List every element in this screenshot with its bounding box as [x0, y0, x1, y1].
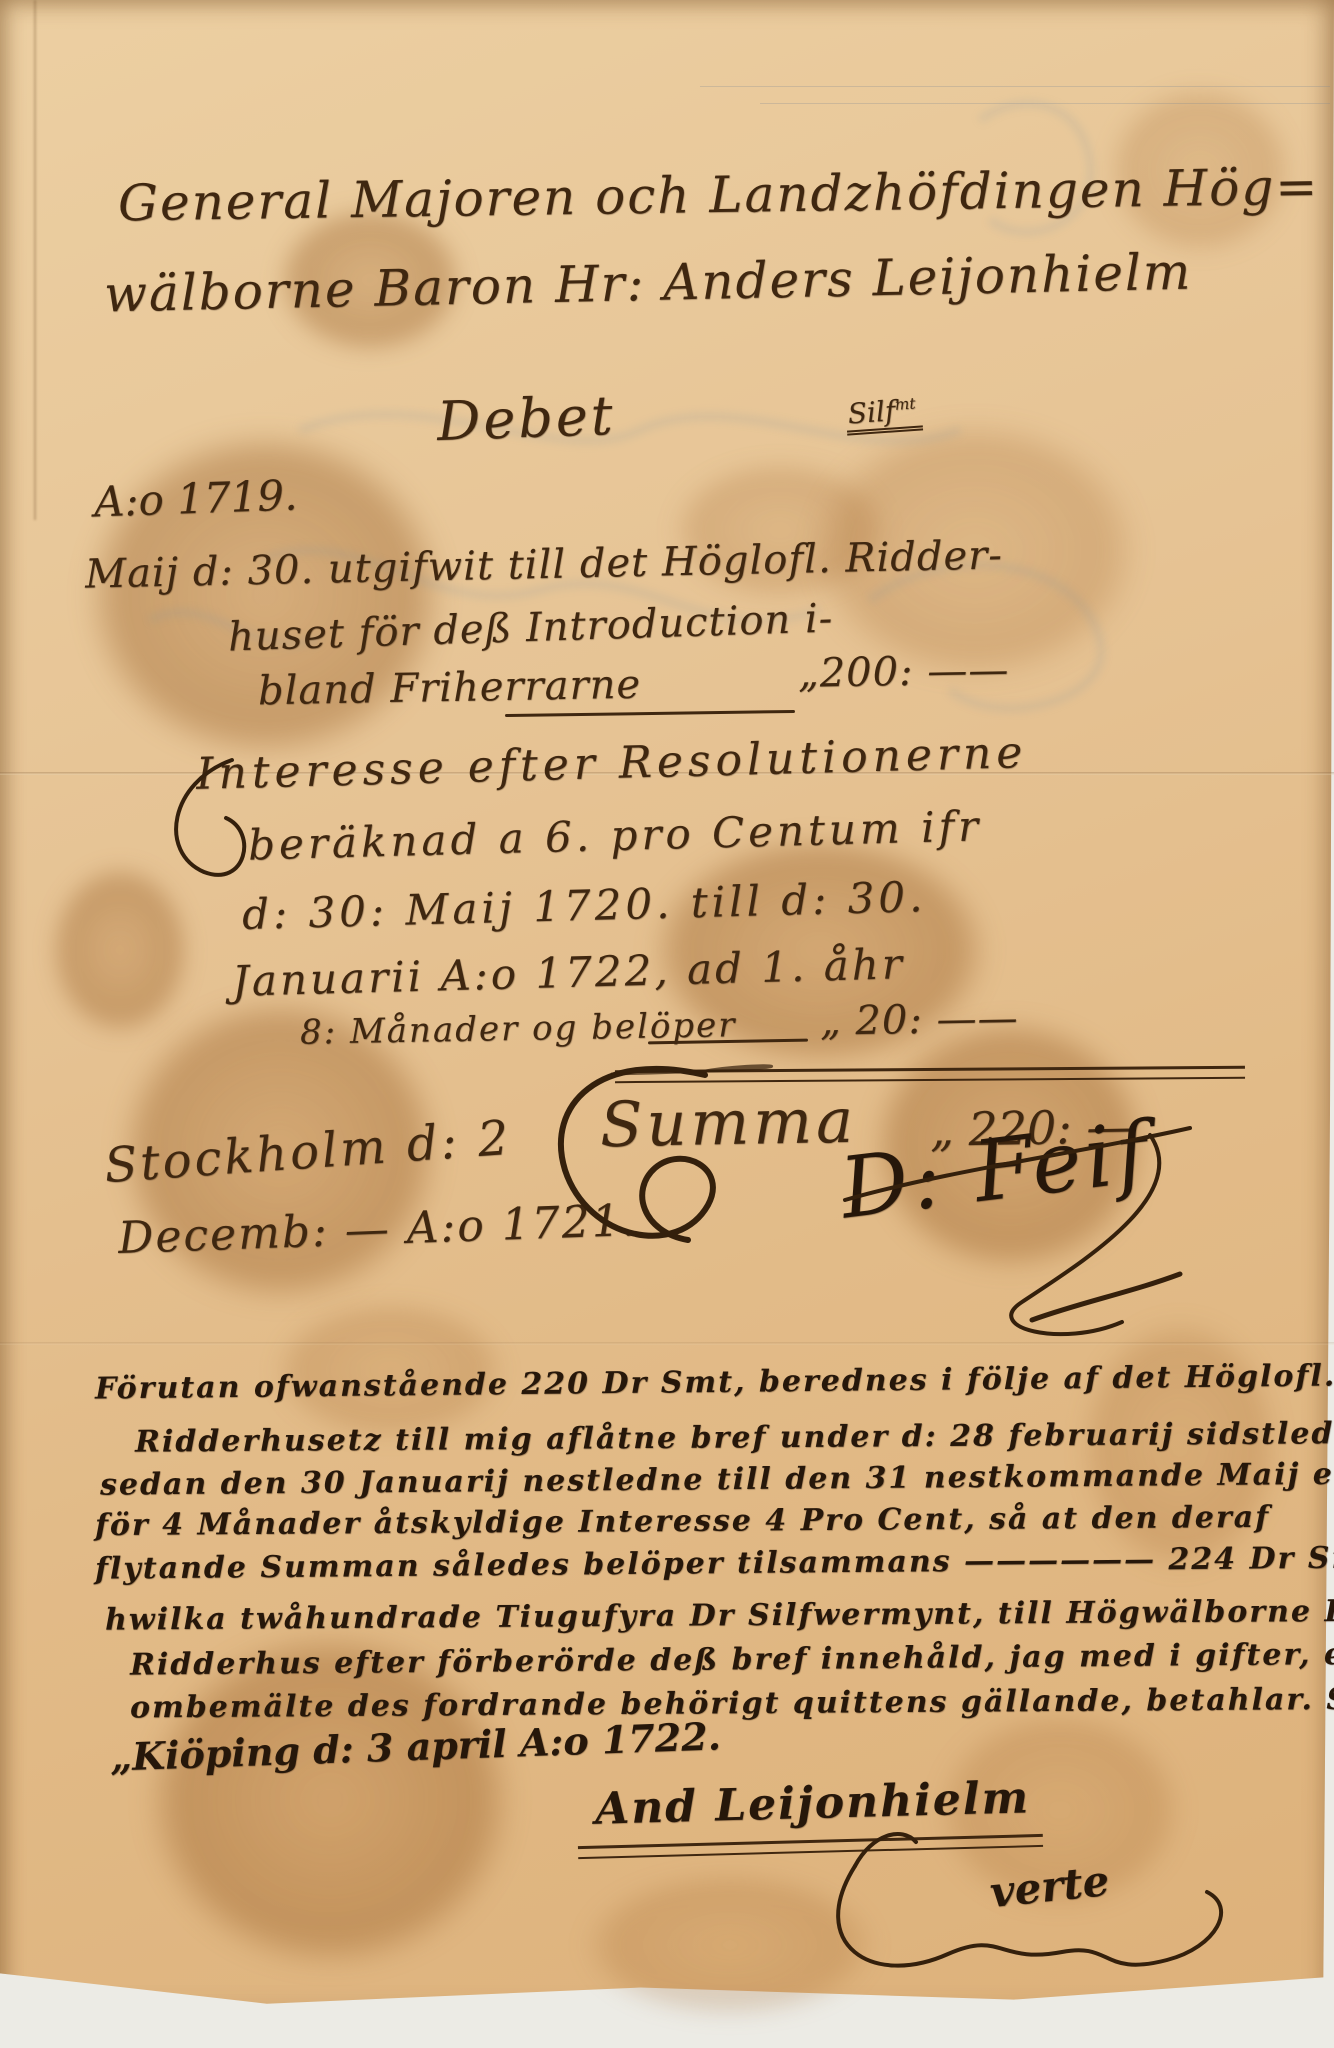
signature-leijonhielm: And Leijonhielm — [594, 1776, 1030, 1831]
manuscript-scan: General Majoren och Landzhöfdingen Hög= … — [0, 0, 1334, 2048]
entry2-amount: „ 20: —— — [820, 998, 1019, 1041]
entry1-amount: „200: —— — [798, 650, 1010, 694]
pencil-line — [700, 86, 1330, 87]
currency-note-text: Silf — [847, 394, 897, 430]
note-line: hwilka twåhundrade Tiugufyra Dr Silfwerm… — [105, 1596, 1334, 1635]
note-line: Ridderhusetz till mig aflåtne bref under… — [135, 1418, 1334, 1457]
stain — [540, 1850, 920, 2040]
entry1-line3: bland Friherrarne — [258, 665, 642, 712]
fold-crease — [0, 1342, 1334, 1345]
note-line: för 4 Månader åtskyldige Interesse 4 Pro… — [95, 1503, 1270, 1541]
summa-label: Summa — [599, 1090, 857, 1156]
note-line: ombemälte des fordrande behörigt quitten… — [130, 1685, 1334, 1724]
pencil-line — [760, 103, 1330, 104]
verte-label: verte — [988, 1860, 1111, 1914]
paper-edge-shadow — [34, 0, 36, 520]
currency-note: Silfmt — [845, 395, 924, 435]
year-heading: A:o 1719. — [93, 474, 298, 523]
currency-note-sup: mt — [894, 394, 916, 413]
debet-heading: Debet — [436, 389, 616, 449]
